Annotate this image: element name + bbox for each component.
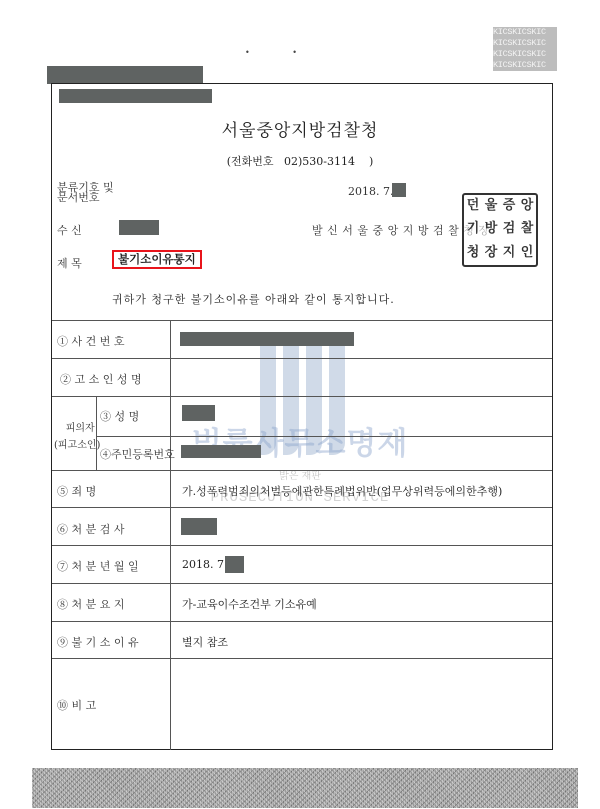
phone-close: ): [369, 155, 373, 168]
non-prosecution-reason-value: 별지 참조: [182, 634, 228, 650]
redacted-header: [47, 66, 203, 84]
seal-char: 청: [464, 242, 482, 265]
seal-char: 던: [464, 195, 482, 218]
row-label-suspect-group: 피의자 (피고소인): [60, 420, 100, 454]
row-label-disposition-date: ⑦ 처 분 년 월 일: [57, 558, 139, 574]
row-label-disposition-summary: ⑧ 처 분 요 지: [57, 596, 125, 612]
phone-label: (전화번호: [227, 155, 274, 168]
row-label-remarks: ⑩ 비 고: [57, 697, 96, 713]
seal-char: 장: [482, 242, 500, 265]
redacted-case-number: [180, 332, 354, 346]
redacted-name: [182, 405, 215, 421]
subject-label: 제 목: [57, 255, 82, 271]
phone-number: 02)530-3114: [284, 155, 355, 168]
redacted-disposition-day: [225, 556, 244, 573]
row-label-resident-number: ④주민등록번호: [100, 446, 175, 462]
seal-char: 검: [500, 218, 518, 241]
seal-char: 인: [518, 242, 536, 265]
seal-char: 찰: [518, 218, 536, 241]
redacted-date-day: [392, 183, 406, 197]
redacted-resident-number: [181, 445, 261, 458]
seal-char: 앙: [518, 195, 536, 218]
seal-char: 증: [500, 195, 518, 218]
table-divider: [52, 621, 552, 622]
classification-label: 분류기호 및 문서번호: [57, 183, 114, 203]
row-label-name: ③ 성 명: [100, 408, 139, 424]
table-divider: [52, 658, 552, 659]
agency-title: 서울중앙지방검찰청: [0, 116, 600, 141]
seal-char: 울: [482, 195, 500, 218]
table-divider: [52, 470, 552, 471]
document-date: 2018. 7.: [348, 185, 393, 198]
charge-value: 가.성폭력범죄의처벌등에관한특례법위반(업무상위력등에의한추행): [182, 483, 502, 499]
recipient-label: 수 신: [57, 222, 82, 238]
kics-watermark-stamp: KICSKICSKIC KICSKICSKIC KICSKICSKIC KICS…: [493, 27, 557, 71]
official-seal: 던 울 증 앙 기 방 검 찰 청 장 지 인: [462, 193, 538, 267]
table-divider: [52, 583, 552, 584]
scan-dots: • •: [245, 48, 317, 57]
row-label-complainant: ② 고 소 인 성 명: [60, 371, 142, 387]
redacted-prosecutor: [181, 518, 217, 535]
suspect-label: 피의자: [60, 420, 100, 437]
intro-text: 귀하가 청구한 불기소이유를 아래와 같이 통지합니다.: [112, 291, 395, 307]
seal-char: 기: [464, 218, 482, 241]
row-label-prosecutor: ⑥ 처 분 검 사: [57, 521, 125, 537]
table-divider: [52, 507, 552, 508]
redacted-recipient: [119, 220, 159, 235]
table-divider: [52, 358, 552, 359]
seal-char: 지: [500, 242, 518, 265]
disposition-date-value: 2018. 7.: [182, 558, 227, 571]
seal-char: 방: [482, 218, 500, 241]
table-divider: [52, 545, 552, 546]
row-label-charge: ⑤ 죄 명: [57, 483, 96, 499]
scan-noise-strip: [32, 768, 578, 808]
row-label-case-number: ① 사 건 번 호: [57, 333, 125, 349]
phone-line: (전화번호 02)530-3114 ): [0, 153, 600, 169]
disposition-summary-value: 가-교육이수조건부 기소유예: [182, 596, 317, 612]
row-label-non-prosecution-reason: ⑨ 불 기 소 이 유: [57, 634, 139, 650]
defendant-label: (피고소인): [54, 437, 100, 454]
table-divider: [52, 396, 552, 397]
classification-label-line2: 문서번호: [57, 193, 114, 203]
subject-highlighted: 불기소이유통지: [112, 250, 202, 269]
table-column-divider: [170, 320, 171, 750]
table-divider: [96, 436, 552, 437]
table-divider: [52, 320, 552, 321]
